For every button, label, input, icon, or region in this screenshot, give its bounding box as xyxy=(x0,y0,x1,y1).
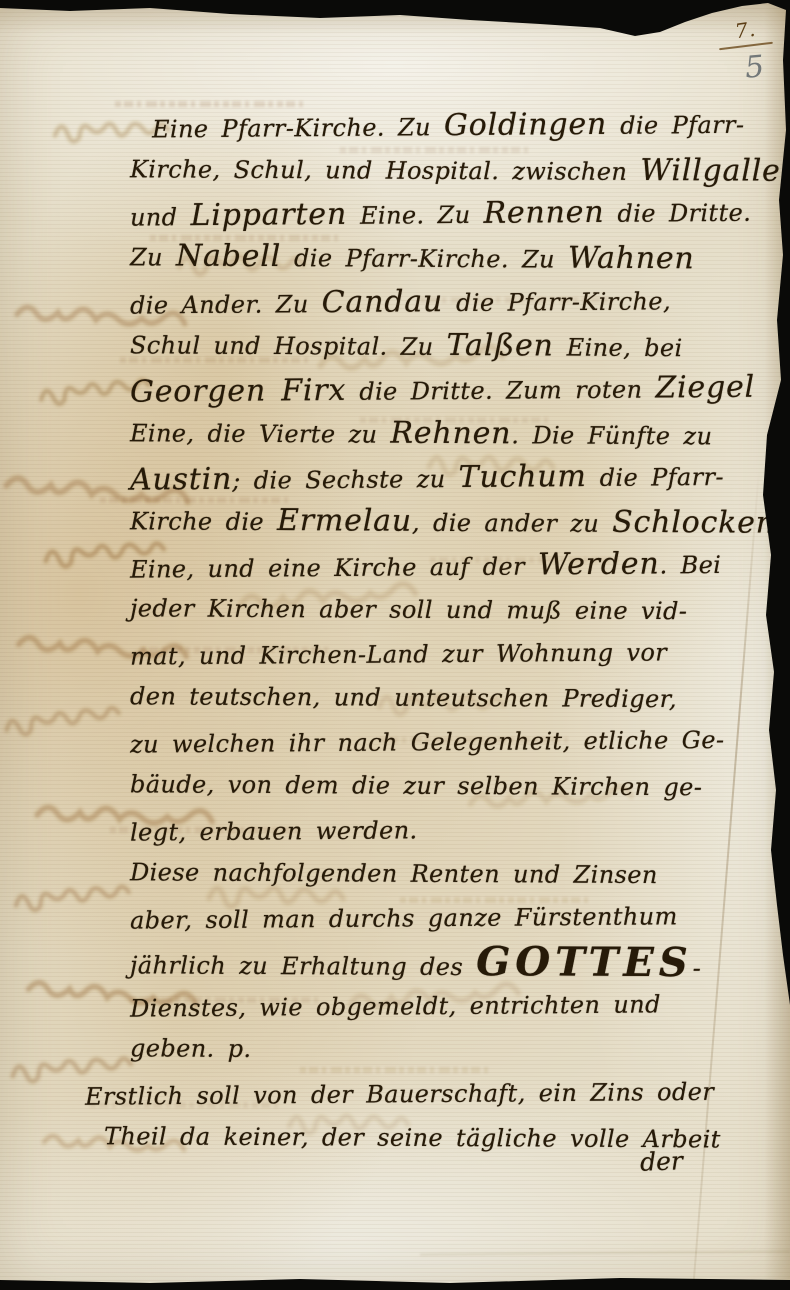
folio-number-pencil: 5 xyxy=(744,49,766,86)
manuscript-text-segment: die Pfarr-Kirche. Zu xyxy=(281,244,568,274)
torn-edge-shadow-top xyxy=(0,0,790,34)
place-name: Ermelau xyxy=(277,503,412,539)
manuscript-line: mat, und Kirchen-Land zur Wohnung vor xyxy=(130,629,790,678)
manuscript-line: Eine Pfarr-Kirche. Zu Goldingen die Pfar… xyxy=(130,101,790,150)
manuscript-line: Erstlich soll von der Bauerschaft, ein Z… xyxy=(85,1069,790,1119)
place-name: Nabell xyxy=(176,239,281,275)
manuscript-line: Kirche die Ermelau, die ander zu Schlock… xyxy=(130,498,790,545)
manuscript-line: die Ander. Zu Candau die Pfarr-Kirche, xyxy=(130,277,790,326)
place-name: Georgen Firx xyxy=(130,373,346,410)
manuscript-text-segment: jeder Kirchen aber soll und muß eine vid… xyxy=(130,594,687,625)
manuscript-page: 7. 5 Eine Pfarr-Kirche. Zu Goldingen die… xyxy=(0,0,790,1290)
manuscript-text-segment: , xyxy=(776,511,784,539)
catchword: der xyxy=(640,1144,741,1176)
manuscript-text-segment: aber, soll man durchs ganze Fürstenthum xyxy=(130,902,678,934)
manuscript-line: jeder Kirchen aber soll und muß eine vid… xyxy=(130,586,790,633)
manuscript-line: bäude, von dem die zur selben Kirchen ge… xyxy=(130,762,790,809)
manuscript-line: aber, soll man durchs ganze Fürstenthum xyxy=(130,893,790,942)
place-name: Willgallen xyxy=(640,153,790,189)
manuscript-text: Eine Pfarr-Kirche. Zu Goldingen die Pfar… xyxy=(0,104,790,1160)
manuscript-line: den teutschen, und unteutschen Prediger, xyxy=(130,674,790,721)
manuscript-line: Dienstes, wie obgemeldt, entrichten und xyxy=(130,981,790,1030)
place-name: Talßen xyxy=(447,328,554,364)
place-name: Schlocken xyxy=(612,505,776,541)
manuscript-text-segment: die Ander. Zu xyxy=(130,290,322,320)
manuscript-line: Austin; die Sechste zu Tuchum die Pfarr- xyxy=(130,453,790,502)
manuscript-text-segment: Eine Pfarr-Kirche. Zu xyxy=(152,113,444,143)
manuscript-text-segment: bäude, von dem die zur selben Kirchen ge… xyxy=(130,770,702,801)
manuscript-text-segment: zu welchen ihr nach Gelegenheit, etliche… xyxy=(130,726,725,759)
manuscript-line: geben. p. xyxy=(130,1026,790,1073)
place-name: Goldingen xyxy=(444,107,608,143)
manuscript-line: legt, erbauen werden. xyxy=(130,805,790,854)
place-name: Wahnen xyxy=(568,241,695,277)
manuscript-text-segment: Diese nachfolgenden Renten und Zinsen xyxy=(130,858,658,889)
place-name: Ziegel xyxy=(655,370,755,406)
manuscript-text-segment: Erstlich soll von der Bauerschaft, ein Z… xyxy=(85,1078,714,1111)
manuscript-text-segment: geben. p. xyxy=(130,1034,252,1063)
manuscript-text-segment: ; die Sechste zu xyxy=(232,465,459,495)
manuscript-text-segment: legt, erbauen werden. xyxy=(130,816,418,846)
place-name: Rennen xyxy=(483,195,604,231)
manuscript-text-segment: Eine. Zu xyxy=(347,201,484,230)
manuscript-text-segment: jährlich zu Erhaltung des xyxy=(130,951,476,981)
manuscript-line: jährlich zu Erhaltung des GOTTES- xyxy=(130,938,790,985)
manuscript-text-segment: Kirche die xyxy=(130,507,277,536)
manuscript-line: und Lipparten Eine. Zu Rennen die Dritte… xyxy=(130,189,790,238)
manuscript-text-segment: , die ander zu xyxy=(412,509,612,538)
manuscript-line: Georgen Firx die Dritte. Zum roten Ziege… xyxy=(130,365,790,414)
manuscript-text-segment: Theil da keiner, der seine tägliche voll… xyxy=(104,1122,721,1153)
display-word: GOTTES xyxy=(476,938,693,986)
manuscript-line: Diese nachfolgenden Renten und Zinsen xyxy=(130,850,790,897)
manuscript-text-segment: die Dritte. xyxy=(604,199,751,228)
manuscript-line: Eine, und eine Kirche auf der Werden. Be… xyxy=(130,541,790,590)
manuscript-text-segment: - xyxy=(693,954,702,982)
place-name: Werden xyxy=(538,546,660,582)
manuscript-text-segment: die Pfarr- xyxy=(607,111,745,140)
manuscript-text-segment: die Dritte. Zum roten xyxy=(346,375,655,405)
place-name: Rehnen xyxy=(390,416,511,452)
manuscript-text-segment: die Pfarr- xyxy=(587,463,725,492)
manuscript-text-segment: . Die Fünfte zu xyxy=(511,421,712,450)
manuscript-text-segment: mat, und Kirchen-Land zur Wohnung vor xyxy=(130,638,667,670)
manuscript-text-segment: Dienstes, wie obgemeldt, entrichten und xyxy=(130,990,661,1022)
place-name: Austin xyxy=(130,462,232,498)
manuscript-text-segment: den teutschen, und unteutschen Prediger, xyxy=(130,682,677,713)
manuscript-line: Zu Nabell die Pfarr-Kirche. Zu Wahnen xyxy=(130,234,790,281)
manuscript-text-segment: Eine, bei xyxy=(554,333,683,362)
place-name: Lipparten xyxy=(190,197,347,233)
folio-number-ink: 7. xyxy=(733,17,757,44)
manuscript-text-segment: Eine, und eine Kirche auf der xyxy=(130,552,538,583)
manuscript-text-segment: die Pfarr-Kirche, xyxy=(443,287,671,317)
manuscript-text-segment: . Bei xyxy=(659,551,721,579)
manuscript-line: Kirche, Schul, und Hospital. zwischen Wi… xyxy=(130,146,790,193)
manuscript-text-segment: und xyxy=(130,203,191,231)
manuscript-line: Eine, die Vierte zu Rehnen. Die Fünfte z… xyxy=(130,410,790,457)
manuscript-text-segment: Zu xyxy=(130,243,176,271)
manuscript-text-segment: Kirche, Schul, und Hospital. zwischen xyxy=(130,155,640,186)
place-name: Tuchum xyxy=(458,459,586,495)
manuscript-text-segment: Schul und Hospital. Zu xyxy=(130,331,447,361)
manuscript-line: Schul und Hospital. Zu Talßen Eine, bei xyxy=(130,322,790,369)
manuscript-line: zu welchen ihr nach Gelegenheit, etliche… xyxy=(130,717,790,766)
manuscript-text-segment: Eine, die Vierte zu xyxy=(130,419,391,448)
place-name: Candau xyxy=(322,284,444,320)
